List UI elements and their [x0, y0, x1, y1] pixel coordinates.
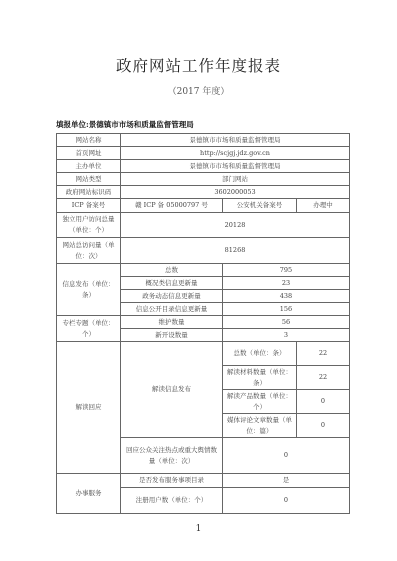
row-label: 信息公开目录信息更新量: [121, 303, 223, 316]
cell-value: 438: [223, 290, 350, 303]
row-label: 网站总访问量（单位：次）: [57, 238, 121, 264]
row-label: 总数（单位：条）: [223, 342, 297, 366]
row-label: 政务动态信息更新量: [121, 290, 223, 303]
row-label: 新开设数量: [121, 329, 223, 342]
cell-value: 0: [223, 488, 350, 514]
cell-value: 0: [297, 390, 350, 414]
cell-value: 20128: [121, 213, 350, 238]
section-label: 信息发布（单位：条）: [57, 264, 121, 316]
cell-value: 56: [223, 316, 350, 329]
section-label: 解读回应: [57, 342, 121, 474]
row-label: 维护数量: [121, 316, 223, 329]
row-label: 总数: [121, 264, 223, 277]
row-label: 概况类信息更新量: [121, 277, 223, 290]
cell-value: 0: [297, 414, 350, 438]
table-row: 专栏专题（单位：个） 维护数量 56: [57, 316, 350, 329]
row-label: 解读材料数量（单位：条）: [223, 366, 297, 390]
table-row: 政府网站标识码 3602000053: [57, 186, 350, 199]
cell-value: 23: [223, 277, 350, 290]
section-label: 专栏专题（单位：个）: [57, 316, 121, 342]
table-row: 解读回应 解读信息发布 总数（单位：条） 22: [57, 342, 350, 366]
table-row: 独立用户访问总量（单位：个） 20128: [57, 213, 350, 238]
cell-value: 景德镇市市场和质量监督管理局: [121, 134, 350, 147]
row-label: 政府网站标识码: [57, 186, 121, 199]
table-row: 主办单位 景德镇市市场和质量监督管理局: [57, 160, 350, 173]
row-label: 解读产品数量（单位：个）: [223, 390, 297, 414]
table-row: 首页网址 http://scjgj.jdz.gov.cn: [57, 147, 350, 160]
row-label: 网站名称: [57, 134, 121, 147]
reporting-unit: 填报单位:景德镇市市场和质量监督管理局: [56, 119, 194, 130]
row-label: 主办单位: [57, 160, 121, 173]
table-row: 信息发布（单位：条） 总数 795: [57, 264, 350, 277]
cell-value: 156: [223, 303, 350, 316]
cell-value: 赣 ICP 备 05000797 号: [121, 199, 223, 213]
row-label: 独立用户访问总量（单位：个）: [57, 213, 121, 238]
sub-section-label: 解读信息发布: [121, 342, 223, 438]
row-label: 首页网址: [57, 147, 121, 160]
document-title: 政府网站工作年度报表: [0, 54, 397, 76]
cell-value: 81268: [121, 238, 350, 264]
cell-value: http://scjgj.jdz.gov.cn: [121, 147, 350, 160]
row-label: ICP 备案号: [57, 199, 121, 213]
cell-value: 是: [223, 474, 350, 488]
cell-value: 3: [223, 329, 350, 342]
row-label: 回应公众关注热点或重大舆情数量（单位：次）: [121, 438, 223, 474]
page-number: 1: [0, 524, 397, 534]
section-label: 办事服务: [57, 474, 121, 514]
cell-value: 办理中: [297, 199, 350, 213]
table-row: ICP 备案号 赣 ICP 备 05000797 号 公安机关备案号 办理中: [57, 199, 350, 213]
cell-value: 22: [297, 342, 350, 366]
row-label: 注册用户数（单位：个）: [121, 488, 223, 514]
row-label: 是否发布服务事项目录: [121, 474, 223, 488]
table-row: 办事服务 是否发布服务事项目录 是: [57, 474, 350, 488]
cell-value: 22: [297, 366, 350, 390]
row-label: 媒体评论文章数量（单位：篇）: [223, 414, 297, 438]
cell-value: 3602000053: [121, 186, 350, 199]
table-row: 网站总访问量（单位：次） 81268: [57, 238, 350, 264]
cell-value: 0: [223, 438, 350, 474]
row-label: 网站类型: [57, 173, 121, 186]
cell-value: 景德镇市市场和质量监督管理局: [121, 160, 350, 173]
row-label: 公安机关备案号: [223, 199, 297, 213]
document-subtitle: （2017 年度）: [0, 84, 397, 97]
cell-value: 795: [223, 264, 350, 277]
cell-value: 部门网站: [121, 173, 350, 186]
table-row: 网站类型 部门网站: [57, 173, 350, 186]
annual-report-table: 网站名称 景德镇市市场和质量监督管理局 首页网址 http://scjgj.jd…: [56, 133, 350, 514]
table-row: 网站名称 景德镇市市场和质量监督管理局: [57, 134, 350, 147]
